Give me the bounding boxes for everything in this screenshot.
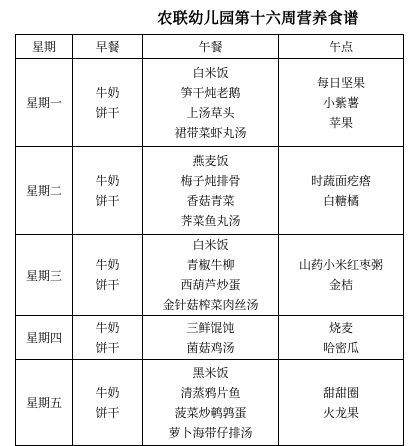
header-breakfast: 早餐 <box>73 35 143 59</box>
breakfast-cell: 牛奶饼干 <box>73 316 143 360</box>
lunch-item: 金针菇榨菜肉丝汤 <box>143 295 278 315</box>
snack-item: 白糖橘 <box>279 191 403 211</box>
lunch-item: 笋干炖老鹅 <box>143 83 278 103</box>
snack-cell: 时蔬面疙瘩白糖橘 <box>279 147 404 235</box>
day-label: 星期四 <box>16 316 73 360</box>
snack-cell: 烧麦哈密瓜 <box>279 316 404 360</box>
snack-cell: 山药小米红枣粥金桔 <box>279 235 404 316</box>
lunch-item: 黑米饭 <box>143 363 278 383</box>
lunch-cell: 三鲜馄饨菌菇鸡汤 <box>143 316 279 360</box>
day-label: 星期三 <box>16 235 73 316</box>
table-row: 星期一 牛奶饼干 白米饭笋干炖老鹅上汤草头裙带菜虾丸汤 每日坚果小紫薯苹果 <box>16 59 404 147</box>
snack-cell: 甜甜圈火龙果 <box>279 360 404 446</box>
lunch-item: 荠菜鱼丸汤 <box>143 211 278 231</box>
lunch-item: 清蒸鸦片鱼 <box>143 383 278 403</box>
lunch-item: 菌菇鸡汤 <box>143 338 278 358</box>
menu-table: 星期 早餐 午餐 午点 星期一 牛奶饼干 白米饭笋干炖老鹅上汤草头裙带菜虾丸汤 … <box>15 34 404 446</box>
breakfast-item: 牛奶 <box>73 255 142 275</box>
lunch-item: 菠菜炒鹌鹑蛋 <box>143 403 278 423</box>
breakfast-cell: 牛奶饼干 <box>73 147 143 235</box>
breakfast-item: 饼干 <box>73 275 142 295</box>
lunch-item: 白米饭 <box>143 63 278 83</box>
lunch-item: 梅子炖排骨 <box>143 171 278 191</box>
breakfast-item: 牛奶 <box>73 171 142 191</box>
breakfast-item: 牛奶 <box>73 383 142 403</box>
snack-item: 小紫薯 <box>279 93 403 113</box>
day-label: 星期一 <box>16 59 73 147</box>
lunch-cell: 燕麦饭梅子炖排骨香菇青菜荠菜鱼丸汤 <box>143 147 279 235</box>
lunch-cell: 白米饭笋干炖老鹅上汤草头裙带菜虾丸汤 <box>143 59 279 147</box>
snack-item: 苹果 <box>279 113 403 133</box>
day-label: 星期五 <box>16 360 73 446</box>
header-day: 星期 <box>16 35 73 59</box>
header-row: 星期 早餐 午餐 午点 <box>16 35 404 59</box>
breakfast-cell: 牛奶饼干 <box>73 235 143 316</box>
breakfast-item: 牛奶 <box>73 83 142 103</box>
table-row: 星期三 牛奶饼干 白米饭青椒牛柳西葫芦炒蛋金针菇榨菜肉丝汤 山药小米红枣粥金桔 <box>16 235 404 316</box>
lunch-item: 西葫芦炒蛋 <box>143 275 278 295</box>
snack-item: 金桔 <box>279 275 403 295</box>
breakfast-cell: 牛奶饼干 <box>73 360 143 446</box>
snack-item: 哈密瓜 <box>279 338 403 358</box>
snack-item: 山药小米红枣粥 <box>279 255 403 275</box>
header-snack: 午点 <box>279 35 404 59</box>
snack-item: 时蔬面疙瘩 <box>279 171 403 191</box>
breakfast-item: 饼干 <box>73 338 142 358</box>
lunch-item: 裙带菜虾丸汤 <box>143 123 278 143</box>
table-row: 星期五 牛奶饼干 黑米饭清蒸鸦片鱼菠菜炒鹌鹑蛋萝卜海带仔排汤 甜甜圈火龙果 <box>16 360 404 446</box>
breakfast-item: 牛奶 <box>73 318 142 338</box>
breakfast-cell: 牛奶饼干 <box>73 59 143 147</box>
menu-page: 农联幼儿园第十六周营养食谱 星期 早餐 午餐 午点 星期一 牛奶饼干 白米饭笋干… <box>0 7 414 446</box>
table-row: 星期二 牛奶饼干 燕麦饭梅子炖排骨香菇青菜荠菜鱼丸汤 时蔬面疙瘩白糖橘 <box>16 147 404 235</box>
snack-item: 甜甜圈 <box>279 383 403 403</box>
lunch-item: 香菇青菜 <box>143 191 278 211</box>
lunch-item: 燕麦饭 <box>143 151 278 171</box>
lunch-cell: 白米饭青椒牛柳西葫芦炒蛋金针菇榨菜肉丝汤 <box>143 235 279 316</box>
breakfast-item: 饼干 <box>73 103 142 123</box>
snack-item: 烧麦 <box>279 318 403 338</box>
lunch-item: 青椒牛柳 <box>143 255 278 275</box>
day-label: 星期二 <box>16 147 73 235</box>
breakfast-item: 饼干 <box>73 403 142 423</box>
snack-item: 火龙果 <box>279 403 403 423</box>
lunch-item: 三鲜馄饨 <box>143 318 278 338</box>
snack-item: 每日坚果 <box>279 73 403 93</box>
lunch-item: 上汤草头 <box>143 103 278 123</box>
snack-cell: 每日坚果小紫薯苹果 <box>279 59 404 147</box>
lunch-item: 白米饭 <box>143 235 278 255</box>
breakfast-item: 饼干 <box>73 191 142 211</box>
page-title: 农联幼儿园第十六周营养食谱 <box>102 7 414 28</box>
header-lunch: 午餐 <box>143 35 279 59</box>
table-row: 星期四 牛奶饼干 三鲜馄饨菌菇鸡汤 烧麦哈密瓜 <box>16 316 404 360</box>
lunch-cell: 黑米饭清蒸鸦片鱼菠菜炒鹌鹑蛋萝卜海带仔排汤 <box>143 360 279 446</box>
lunch-item: 萝卜海带仔排汤 <box>143 423 278 443</box>
